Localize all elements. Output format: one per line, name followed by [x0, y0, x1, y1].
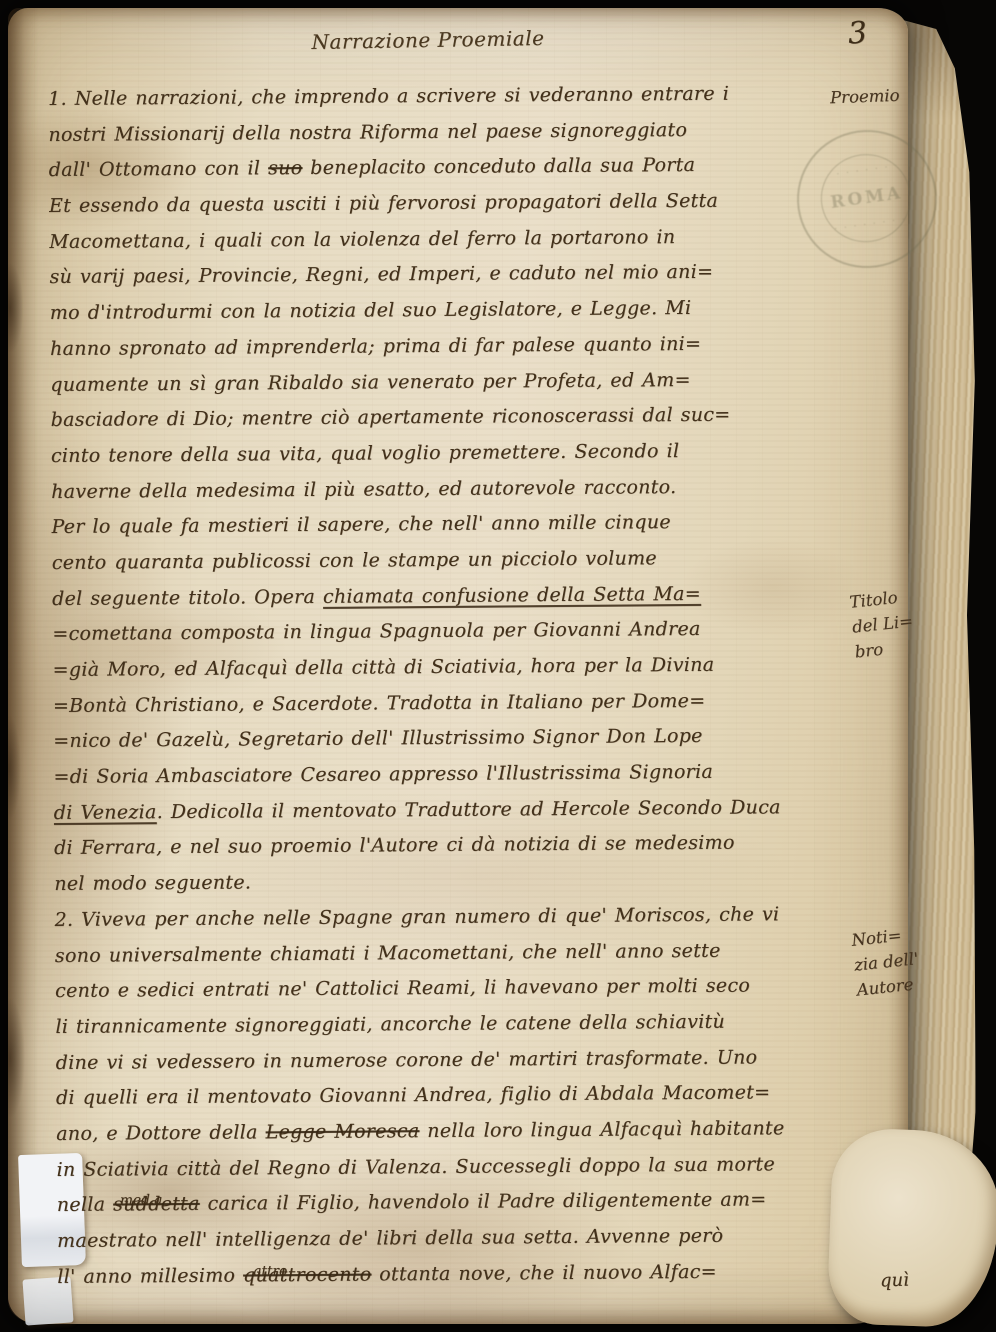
manuscript-text-block: 1. Nelle narrazioni, che imprendo a scri… — [48, 76, 878, 1296]
page-title: Narrazione Proemiale — [308, 26, 548, 54]
manuscript-line: nella suddettamed.a carica il Figlio, ha… — [57, 1182, 877, 1224]
struck-word: quattrocentoattro — [243, 1263, 371, 1286]
manuscript-line: ano, e Dottore della Legge Moresca nella… — [56, 1110, 876, 1152]
manuscript-line: 2. Viveva per anche nelle Spagne gran nu… — [54, 896, 874, 938]
binding-edge — [8, 8, 38, 1324]
manuscript-line: ll' anno millesimo quattrocentoattro ott… — [57, 1253, 877, 1295]
margin-note: Titolodel Li=bro — [848, 582, 927, 664]
folio-number: 3 — [847, 15, 868, 51]
manuscript-line: di Venezia. Dedicolla il mentovato Tradu… — [54, 789, 874, 831]
margin-note: Proemio — [830, 83, 903, 110]
struck-word: Legge Moresca — [266, 1120, 420, 1143]
manuscript-photo: · · · · · · · · ROMA · · · · · · · · Nar… — [0, 0, 996, 1332]
manuscript-page: · · · · · · · · ROMA · · · · · · · · Nar… — [8, 8, 908, 1324]
catchword: quì — [880, 1270, 910, 1292]
struck-word: suo — [268, 157, 302, 179]
inserted-word: attro — [253, 1254, 287, 1290]
margin-note: Noti=zia dell'Autore — [850, 920, 929, 1002]
inserted-word: med.a — [120, 1184, 163, 1220]
struck-word: suddettamed.a — [113, 1193, 200, 1216]
